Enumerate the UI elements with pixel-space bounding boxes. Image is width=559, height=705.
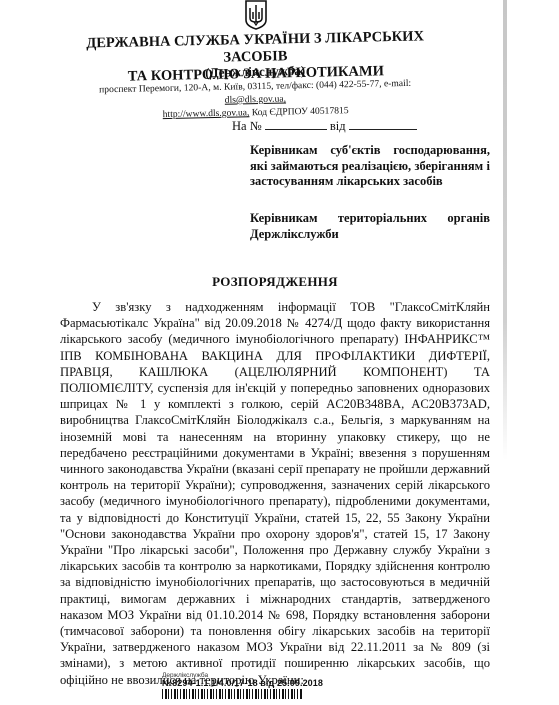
edrpou-code: Код ЄДРПОУ 40517815 xyxy=(249,105,348,118)
barcode-icon xyxy=(162,689,302,699)
document-type-heading: РОЗПОРЯДЖЕННЯ xyxy=(60,274,490,290)
email-link[interactable]: dls@dls.gov.ua, xyxy=(225,93,286,105)
recipient-business-entities: Керівникам суб'єктів господарювання, які… xyxy=(250,143,490,190)
reference-number-blank xyxy=(265,119,327,130)
order-body-paragraph: У зв'язку з надходженням інформації ТОВ … xyxy=(60,299,490,688)
registration-stamp: Держлікслужба №8294-1.1.1/4.0/17-18 від … xyxy=(150,672,350,699)
reference-line: На № від xyxy=(232,119,417,134)
reference-date-blank xyxy=(349,119,417,130)
scan-edge-shadow xyxy=(503,0,507,460)
stamp-registration-number: №8294-1.1.1/4.0/17-18 від 25.09.2018 xyxy=(162,678,350,688)
reference-date-label: від xyxy=(330,119,346,133)
reference-number-label: На № xyxy=(232,119,262,133)
organization-address: проспект Перемоги, 120-А, м. Київ, 03115… xyxy=(70,76,441,123)
recipient-territorial-bodies: Керівникам територіальних органів Держлі… xyxy=(250,211,490,242)
trident-coat-of-arms-icon xyxy=(245,0,267,30)
